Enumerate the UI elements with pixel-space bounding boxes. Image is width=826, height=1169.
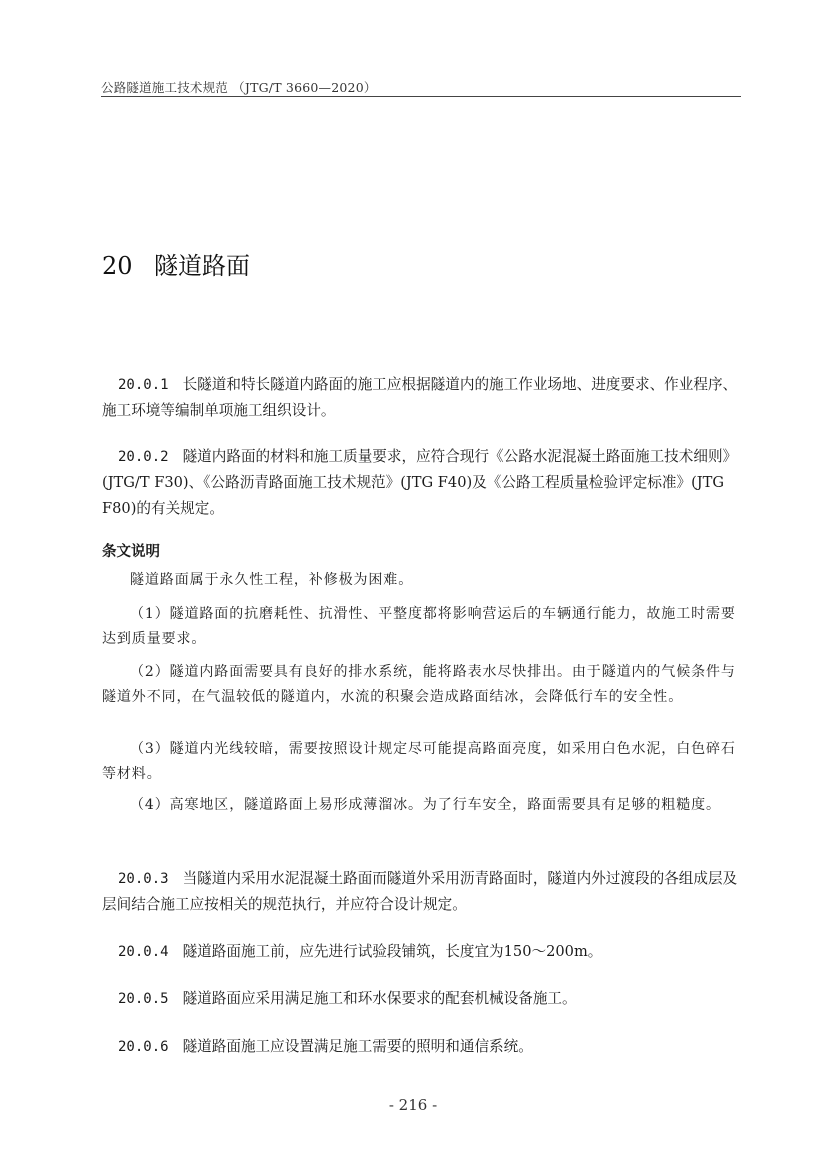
clause-text: 隧道路面施工前，应先进行试验段铺筑，长度宜为150～200m。 <box>183 943 603 960</box>
commentary-item-text: （1）隧道路面的抗磨耗性、抗滑性、平整度都将影响营运后的车辆通行能力，故施工时需… <box>102 606 736 647</box>
commentary-item-text: （4）高寒地区，隧道路面上易形成薄溜冰。为了行车安全，路面需要具有足够的粗糙度。 <box>130 797 721 813</box>
clause-number: 20.0.2 <box>118 449 169 465</box>
chapter-title: 隧道路面 <box>154 252 250 280</box>
clause-text: 长隧道和特长隧道内路面的施工应根据隧道内的施工作业场地、进度要求、作业程序、施工… <box>102 376 737 419</box>
clause-20-0-1: 20.0.1长隧道和特长隧道内路面的施工应根据隧道内的施工作业场地、进度要求、作… <box>102 372 742 424</box>
commentary-item-text: （2）隧道内路面需要具有良好的排水系统，能将路表水尽快排出。由于隧道内的气候条件… <box>102 664 736 705</box>
clause-20-0-5: 20.0.5隧道路面应采用满足施工和环水保要求的配套机械设备施工。 <box>102 986 742 1012</box>
commentary-title: 条文说明 <box>102 540 160 561</box>
clause-20-0-4: 20.0.4隧道路面施工前，应先进行试验段铺筑，长度宜为150～200m。 <box>102 939 742 965</box>
running-header: 公路隧道施工技术规范 （JTG/T 3660—2020） <box>101 78 741 98</box>
clause-number: 20.0.3 <box>118 871 169 887</box>
clause-20-0-3: 20.0.3当隧道内采用水泥混凝土路面而隧道外采用沥青路面时，隧道内外过渡段的各… <box>102 866 742 918</box>
chapter-number: 20 <box>102 252 154 280</box>
clause-number: 20.0.5 <box>118 991 169 1007</box>
commentary-item-4: （4）高寒地区，隧道路面上易形成薄溜冰。为了行车安全，路面需要具有足够的粗糙度。 <box>102 793 742 818</box>
commentary-item-1: （1）隧道路面的抗磨耗性、抗滑性、平整度都将影响营运后的车辆通行能力，故施工时需… <box>102 602 742 652</box>
commentary-intro: 隧道路面属于永久性工程，补修极为困难。 <box>102 568 742 593</box>
commentary-item-2: （2）隧道内路面需要具有良好的排水系统，能将路表水尽快排出。由于隧道内的气候条件… <box>102 660 742 710</box>
commentary-item-text: （3）隧道内光线较暗，需要按照设计规定尽可能提高路面亮度，如采用白色水泥，白色碎… <box>102 741 736 782</box>
clause-text: 当隧道内采用水泥混凝土路面而隧道外采用沥青路面时，隧道内外过渡段的各组成层及层间… <box>102 870 737 913</box>
clause-text: 隧道路面施工应设置满足施工需要的照明和通信系统。 <box>183 1038 533 1055</box>
chapter-heading: 20隧道路面 <box>102 246 250 281</box>
clause-number: 20.0.1 <box>118 377 169 393</box>
clause-text: 隧道路面应采用满足施工和环水保要求的配套机械设备施工。 <box>183 990 577 1007</box>
commentary-item-3: （3）隧道内光线较暗，需要按照设计规定尽可能提高路面亮度，如采用白色水泥，白色碎… <box>102 737 742 787</box>
commentary-intro-text: 隧道路面属于永久性工程，补修极为困难。 <box>130 572 413 588</box>
header-divider <box>101 96 741 97</box>
clause-number: 20.0.4 <box>118 944 169 960</box>
page-number: - 216 - <box>0 1096 826 1114</box>
clause-number: 20.0.6 <box>118 1039 169 1055</box>
clause-20-0-2: 20.0.2隧道内路面的材料和施工质量要求，应符合现行《公路水泥混凝土路面施工技… <box>102 444 742 522</box>
clause-20-0-6: 20.0.6隧道路面施工应设置满足施工需要的照明和通信系统。 <box>102 1034 742 1060</box>
clause-text: 隧道内路面的材料和施工质量要求，应符合现行《公路水泥混凝土路面施工技术细则》(J… <box>102 448 737 517</box>
